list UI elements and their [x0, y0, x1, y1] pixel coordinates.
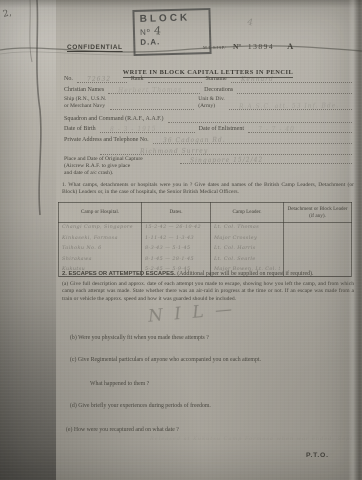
rank-label: Rank — [131, 76, 144, 83]
no-handwritten-value: 72632 — [87, 76, 111, 83]
capture-field: Singapore 15/2/42 — [180, 156, 352, 164]
binding-shadow — [0, 0, 56, 480]
cell-detachment — [284, 255, 352, 266]
ship-label-line1: Ship (R.N., U.S.N. — [64, 96, 106, 102]
surname-handwritten-value: Kennard — [241, 76, 274, 83]
unit-label-line2: (Army) — [198, 103, 215, 109]
cell-dates: 8-3-43 — 5-1-45 — [142, 244, 211, 255]
enlistment-handwritten-value: 7 - 7 - 40 — [258, 126, 295, 133]
col-header-camp: Camp or Hospital. — [59, 203, 142, 223]
capture-label: Place and Date of Original Capture (Airc… — [64, 156, 176, 177]
cell-camp: Changi Camp, Singapore — [59, 223, 142, 234]
col-header-leader: Camp Leader. — [211, 203, 284, 223]
address-handwritten-line2: Richmond Surrey — [140, 148, 208, 156]
unit-field: R.A.S.C. att. 53 Inf. Bde. — [229, 101, 352, 110]
squadron-field — [168, 114, 352, 123]
cell-camp: Shirakawa — [59, 255, 142, 266]
christian-names-field: Herbert Thomas — [108, 85, 200, 94]
page-top-shadow — [0, 0, 362, 8]
cell-leader: Lt. Col. Thomas — [211, 223, 284, 234]
field-row-identity: No. 72632 Rank Surname Kennard — [64, 74, 352, 83]
field-row-names: Christian Names Herbert Thomas Decoratio… — [64, 85, 352, 94]
date-of-enlistment-field: 7 - 7 - 40 — [248, 124, 352, 133]
cell-leader: Major Crossley — [211, 234, 284, 245]
field-row-capture: Place and Date of Original Capture (Airc… — [64, 156, 352, 177]
no-label: No. — [64, 76, 73, 83]
question-2c-text: (c) Give Regimental particulars of anyon… — [70, 357, 350, 363]
date-of-enlistment-label: Date of Enlistment — [199, 126, 244, 133]
pencil-page-number: 2, — [2, 8, 12, 20]
cell-detachment — [284, 244, 352, 255]
rank-field — [148, 74, 202, 83]
field-row-address2: Richmond Surrey — [100, 146, 352, 155]
scanned-pow-form-page: 2, BLOCK Nº 4 D.A. 4 CONFIDENTIAL M.I. 9… — [0, 0, 362, 480]
confidential-label: CONFIDENTIAL — [67, 44, 123, 51]
col-header-detachment: Detachment or Block Leader (if any). — [284, 203, 352, 223]
cell-detachment — [284, 223, 352, 234]
stray-pencil-mark: 4 — [246, 17, 254, 28]
cell-camp: Taihoku No. 6 — [59, 244, 142, 255]
surname-field: Kennard — [231, 74, 352, 83]
question-2e-handwritten-answer: Released at Kukutsu Camp Formosa when wa… — [150, 436, 350, 442]
ship-label-line2: or Merchant Navy — [64, 103, 105, 109]
cell-dates: 8-1-45 — 28-1-45 — [142, 255, 211, 266]
ref-prefix: M.I. 9/JAP/ — [203, 45, 226, 50]
dob-handwritten-value: 8 - 3 - 1915 — [110, 126, 157, 133]
camps-table-body: Changi Camp, Singapore 15-2-42 — 26-10-4… — [59, 223, 352, 277]
reference-number-line: M.I. 9/JAP/ Nº 13894 A — [203, 41, 293, 51]
camps-table: Camp or Hospital. Dates. Camp Leader. De… — [58, 202, 352, 277]
block-stamp: BLOCK Nº 4 D.A. — [132, 8, 211, 56]
date-of-birth-label: Date of Birth — [64, 126, 96, 133]
camps-table-header: Camp or Hospital. Dates. Camp Leader. De… — [59, 203, 352, 223]
address-handwritten-line1: 36 Cadogan Rd. — [163, 137, 226, 145]
field-row-service: Ship (R.N., U.S.N. or Merchant Navy Unit… — [64, 96, 352, 110]
table-row: Changi Camp, Singapore 15-2-42 — 26-10-4… — [59, 223, 352, 234]
question-2b-text: (b) Were you physically fit when you mad… — [70, 335, 350, 341]
question-1-text: 1. What camps, detachments or hospitals … — [62, 182, 354, 197]
christian-names-label: Christian Names — [64, 87, 104, 94]
pto-label: P.T.O. — [306, 452, 329, 459]
field-row-address: Private Address and Telephone No. 36 Cad… — [64, 135, 352, 144]
field-row-dates: Date of Birth 8 - 3 - 1915 Date of Enlis… — [64, 124, 352, 133]
capture-label-line2: (Aircrew R.A.F. to give place — [64, 163, 130, 169]
table-row: Kinkaseki, Formosa 1-11-42 — 1-3-43 Majo… — [59, 234, 352, 245]
squadron-label: Squadron and Command (R.A.F., A.A.F.) — [64, 116, 164, 123]
field-row-squadron: Squadron and Command (R.A.F., A.A.F.) — [64, 114, 352, 123]
stamp-line3: D.A. — [140, 36, 204, 47]
date-of-birth-field: 8 - 3 - 1915 — [100, 124, 195, 133]
no-field: 72632 — [77, 74, 127, 83]
cell-leader: Lt. Col. Searle — [211, 255, 284, 266]
cell-dates: 1-11-42 — 1-3-43 — [142, 234, 211, 245]
ship-label: Ship (R.N., U.S.N. or Merchant Navy — [64, 96, 106, 110]
unit-label-line1: Unit & Div. — [198, 96, 225, 102]
decorations-label: Decorations — [204, 87, 233, 94]
ref-no-label: Nº — [233, 42, 241, 51]
question-2c2-text: What happened to them ? — [90, 381, 350, 387]
cell-camp: Kinkaseki, Formosa — [59, 234, 142, 245]
stamp-no-label: Nº — [140, 27, 151, 36]
ship-field — [110, 101, 194, 110]
question-2e-text: (e) How were you recaptured and on what … — [66, 427, 346, 433]
address-field-line2: Richmond Surrey — [100, 146, 352, 155]
address-field-line1: 36 Cadogan Rd. — [153, 135, 352, 144]
question-2d-text: (d) Give briefly your experiences during… — [70, 403, 350, 409]
cell-dates: 15-2-42 — 26-10-42 — [142, 223, 211, 234]
stamp-block-number: 4 — [153, 25, 162, 38]
section-2-title-text: 2. ESCAPES OR ATTEMPTED ESCAPES. — [62, 271, 176, 277]
capture-label-line3: and date of a/c crash). — [64, 170, 113, 176]
section-2-title: 2. ESCAPES OR ATTEMPTED ESCAPES. (Additi… — [62, 271, 313, 277]
ref-number: 13894 — [248, 42, 274, 51]
ref-series-letter: A — [287, 41, 293, 51]
unit-label: Unit & Div. (Army) — [198, 96, 225, 110]
col-header-dates: Dates. — [142, 203, 211, 223]
address-label: Private Address and Telephone No. — [64, 137, 149, 144]
table-row: Taihoku No. 6 8-3-43 — 5-1-45 Lt. Col. H… — [59, 244, 352, 255]
christian-names-handwritten-value: Herbert Thomas — [118, 87, 182, 95]
section-2-note: (Additional paper will be supplied on re… — [177, 271, 313, 277]
cell-leader: Lt. Col. Harris — [211, 244, 284, 255]
decorations-field — [237, 85, 352, 94]
cell-detachment — [284, 234, 352, 245]
table-row: Shirakawa 8-1-45 — 28-1-45 Lt. Col. Sear… — [59, 255, 352, 266]
unit-handwritten-value: R.A.S.C. att. 53 Inf. Bde. — [239, 102, 339, 110]
question-2a-text: (a) Give full description and approx. da… — [62, 281, 354, 303]
capture-label-line1: Place and Date of Original Capture — [64, 156, 143, 162]
surname-label: Surname — [206, 76, 227, 83]
capture-handwritten-value: Singapore 15/2/42 — [190, 157, 263, 165]
